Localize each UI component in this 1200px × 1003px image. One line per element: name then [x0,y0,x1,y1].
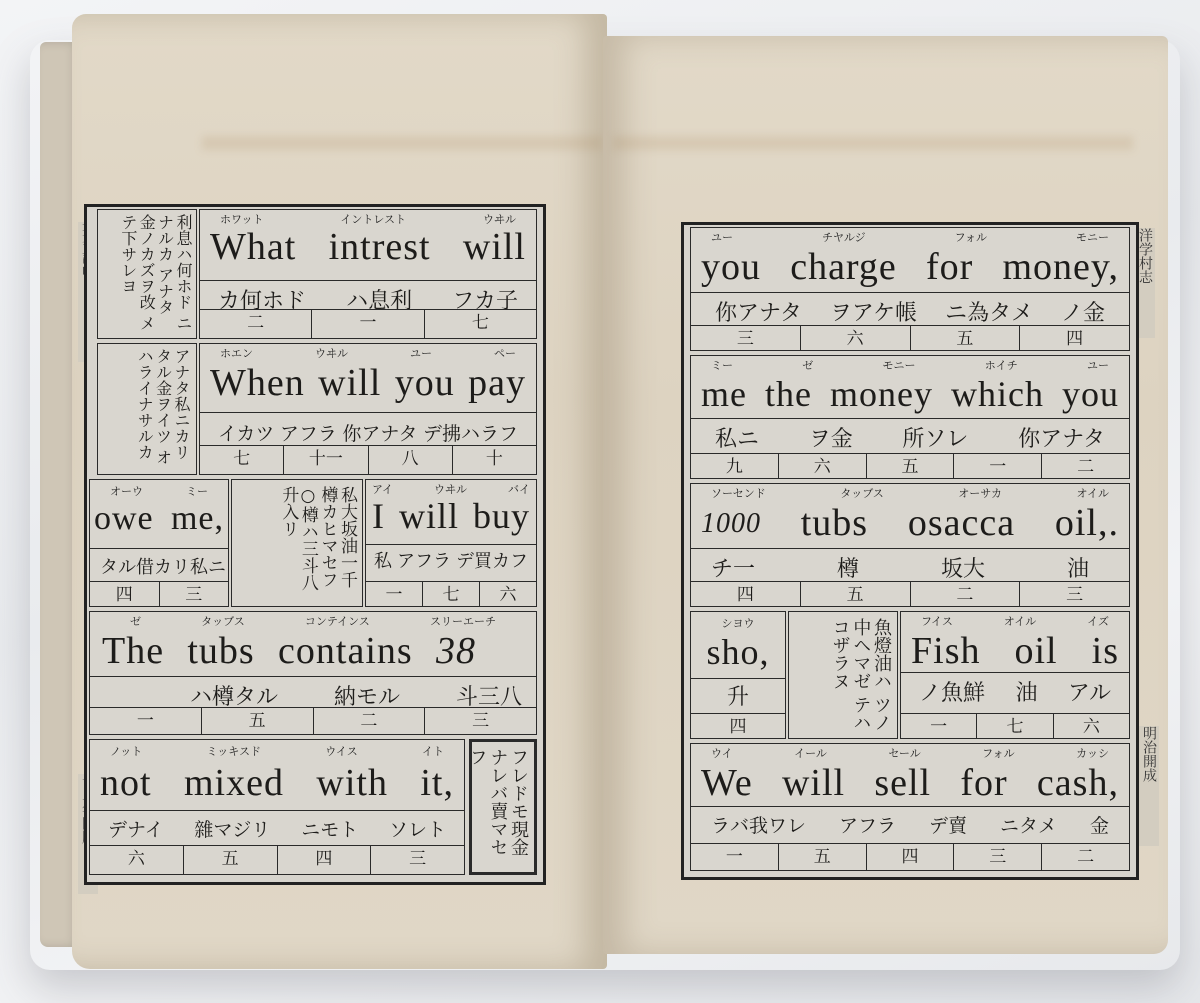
english-word: money, [1003,248,1119,286]
ruby-text: オーウ [110,486,143,497]
word-order-numbers: 一 七 六 [901,713,1129,738]
ruby-text: ゼ [802,360,813,371]
order-number: 三 [691,326,801,350]
phrase-row-5: ゼ タッブス コンテインス スリーエーチ The tubs contains 3… [89,611,537,735]
order-number: 一 [691,844,779,870]
ruby-text: ユー [410,348,432,359]
order-number: 五 [184,846,278,874]
order-number: 一 [901,714,977,738]
vertical-line: 私大坂油一千 [337,486,357,588]
english-word: mixed [184,764,284,802]
word-order-numbers: 四 [691,713,785,738]
english-word: buy [473,498,530,534]
phrase-row-4: アイ ウヰル バイ I will buy 私 アフラ デ買カフ 一 七 六 [365,479,537,607]
order-number: 四 [1020,326,1129,350]
phrase-row-2: ホエン ウヰル ユー ペー When will you pay イカツ アフラ … [199,343,537,475]
vertical-line: タル金ヲイツ [154,348,173,444]
ruby-text: タッブス [201,616,245,627]
english-word: for [926,248,973,286]
translation-cell: アナタ私ニカリ タル金ヲイツ オハライナサルカ [97,343,197,475]
japanese-word: ノ魚鮮 [919,683,985,710]
japanese-word: ヲ金 [809,429,853,456]
english-word: not [100,764,152,802]
word-order-numbers: 一 七 六 [366,581,536,606]
japanese-word: 油 [1015,683,1037,710]
english-word: We [701,764,753,802]
english-word: you [1062,376,1119,412]
ruby-text: オイル [1077,488,1109,499]
ruby-text: フォル [955,232,987,243]
vertical-line: 利息ハ何ホド [174,214,193,310]
order-number: 一 [366,582,423,606]
ruby-text: モニー [883,360,916,371]
ruby-text: イズ [1087,616,1109,627]
word-order-numbers: 二 一 七 [200,309,536,338]
order-number: 二 [314,708,426,734]
order-number: 三 [160,582,229,606]
english-word: sell [874,764,931,802]
order-number: 五 [202,708,314,734]
phrase-row-1: ホワット イントレスト ウヰル What intrest will カ何ホド ハ… [199,209,537,339]
english-word: me [701,376,747,412]
japanese-word: 私 [374,553,392,582]
english-number: 38 [436,632,476,670]
japanese-word: デナイ [108,821,164,848]
ruby-text: ユー [1087,360,1109,371]
japanese-word: 升 [727,687,749,714]
phrase-row-6: ウイ イール セール フォル カッシ We will sell for cash… [690,743,1130,871]
ruby-text: イントレスト [340,214,406,225]
word-order-numbers: 四 三 [90,581,228,606]
english-word: will [318,364,381,402]
order-number: 六 [90,846,184,874]
english-word: the [765,376,812,412]
english-word: is [1092,632,1119,670]
order-number: 五 [801,582,911,606]
ruby-text: ホワット [220,214,263,225]
english-word: it, [420,764,454,802]
water-stain [202,136,602,150]
english-word: The [102,632,164,670]
vertical-line: ナレバ賣マセフ [469,748,508,856]
ruby-text: モニー [1076,232,1109,243]
english-word: oil [1015,632,1058,670]
order-number: 二 [911,582,1021,606]
order-number: 六 [1054,714,1129,738]
order-number: 十 [453,446,536,474]
english-word: money [830,376,933,412]
japanese-word: 金 [1090,817,1109,844]
right-phrase-table: ユー チヤルジ フォル モニー you charge for money, 你ア… [681,222,1139,880]
translation-cell: 魚燈油ハ ツノ中ヘマゼ テハコザラヌ [788,611,898,739]
order-number: 一 [90,708,202,734]
word-order-numbers: 三 六 五 四 [691,325,1129,350]
english-word: owe [94,502,154,536]
english-word: for [960,764,1007,802]
japanese-word: アフラ [839,817,896,844]
ruby-text: ソーセンド [711,488,766,499]
english-word: intrest [329,228,431,266]
ruby-text: チヤルジ [822,232,866,243]
translation-cell: フレドモ現金 ナレバ賣マセフ [469,739,537,875]
ruby-text: スリーエーチ [430,616,496,627]
order-number: 五 [779,844,867,870]
vertical-line: アナタ私ニカリ [172,348,191,460]
right-margin-footer: 明治開成 [1139,726,1159,846]
ruby-text: ミッキスド [206,746,261,757]
japanese-word: ニモト [301,821,358,848]
order-number: 九 [691,454,779,478]
ruby-text: シヨウ [722,618,755,629]
word-order-numbers: 四 五 二 三 [691,581,1129,606]
order-number: 四 [691,582,801,606]
japanese-word: 私ニ [715,429,759,456]
phrase-row-2: ミー ゼ モニー ホイチ ユー me the money which you 私… [690,355,1130,479]
english-word: cash, [1037,764,1119,802]
english-word: you [395,364,455,402]
phrase-row-6: ノット ミッキスド ウイス イト not mixed with it, デナイ … [89,739,465,875]
ruby-text: ホエン [220,348,253,359]
order-number: 三 [371,846,464,874]
ruby-text: フォル [982,748,1014,759]
ruby-text: ペー [494,348,516,359]
ruby-text: タッブス [840,488,884,499]
japanese-word: ラバ我ワレ [711,817,806,844]
order-number: 四 [867,844,955,870]
order-number: 四 [90,582,160,606]
ruby-text: ミー [711,360,733,371]
english-word: What [210,228,296,266]
ruby-text: ユー [711,232,733,243]
order-number: 三 [954,844,1042,870]
japanese-word: アル [1068,683,1111,710]
english-word: I [372,498,385,534]
english-word: will [399,498,459,534]
order-number: 三 [1020,582,1129,606]
japanese-word: ソレト [389,821,446,848]
ruby-text: フイス [921,616,953,627]
english-word: will [782,764,845,802]
english-word: osacca [908,504,1015,542]
vertical-line: ○樽ハ三斗八 [298,486,318,591]
japanese-word: 你アナタ [1018,429,1105,456]
ruby-text: バイ [508,484,530,495]
ruby-text: ウイ [711,748,733,759]
order-number: 一 [312,310,424,338]
translation-cell: 利息ハ何ホド ニナルカ アナタ 金ノカズヲ改 メテ下サレヨ [97,209,197,339]
english-word: Fish [911,632,980,670]
order-number: 五 [911,326,1021,350]
english-word: charge [790,248,897,286]
ruby-text: ウヰル [315,348,348,359]
word-order-numbers: 一 五 二 三 [90,707,536,734]
translation-cell: 私大坂油一千 樽カヒマセフ ○樽ハ三斗八 升入リ [231,479,363,607]
english-number: 1000 [701,504,761,542]
vertical-line: 金ノカズヲ改 [137,214,156,310]
order-number: 二 [1042,454,1129,478]
order-number: 八 [369,446,453,474]
japanese-word: 雜マジリ [194,821,270,848]
order-number: 七 [977,714,1053,738]
ruby-text: ノット [110,746,142,757]
ruby-text: ウヰル [434,484,467,495]
order-number: 六 [801,326,911,350]
english-word: sho, [706,634,769,670]
ruby-text: ミー [186,486,208,497]
order-number: 四 [278,846,372,874]
english-word: you [701,248,761,286]
vertical-line: 魚燈油ハ [871,618,892,690]
order-number: 十一 [284,446,368,474]
ruby-text: オーサカ [958,488,1002,499]
ruby-text: ウイス [325,746,358,757]
ruby-text: コンテインス [305,616,370,627]
ruby-text: セール [888,748,920,759]
right-page: 洋学村志 明治開成 ユー チヤルジ フォル モニー you charge for… [603,36,1168,954]
water-stain [613,136,1133,150]
english-word: contains [278,632,413,670]
order-number: 四 [691,714,785,738]
ruby-text: イール [794,748,827,759]
order-number: 六 [480,582,536,606]
ruby-text: ホイチ [985,360,1018,371]
order-number: 五 [867,454,955,478]
word-order-numbers: 一 五 四 三 二 [691,843,1129,870]
phrase-row-3: オーウ ミー owe me, タル借カリ 私ニ 四 三 [89,479,229,607]
word-order-numbers: 六 五 四 三 [90,845,464,874]
phrase-row-5: フイス オイル イズ Fish oil is ノ魚鮮 油 アル 一 七 六 [900,611,1130,739]
ruby-text: カッシ [1076,748,1109,759]
order-number: 七 [423,582,480,606]
english-word: oil,. [1055,504,1119,542]
ruby-text: ウヰル [483,214,516,225]
word-order-numbers: 九 六 五 一 二 [691,453,1129,478]
english-word: When [210,364,305,402]
phrase-row-3: ソーセンド タッブス オーサカ オイル 1000 tubs osacca oil… [690,483,1130,607]
english-word: pay [468,364,526,402]
ruby-text: ゼ [130,616,141,627]
english-word: with [316,764,388,802]
japanese-word: 所ソレ [902,429,968,456]
english-word: tubs [187,632,254,670]
ruby-text: イト [422,746,444,757]
japanese-word: アフラ [397,553,451,582]
order-number: 二 [200,310,312,338]
vertical-line: 樽カヒマセフ [317,486,337,588]
word-order-numbers: 七 十一 八 十 [200,445,536,474]
ruby-text: オイル [1004,616,1036,627]
order-number: 七 [200,446,284,474]
order-number: 七 [425,310,536,338]
vertical-line: フレドモ現金 [508,748,529,856]
phrase-row-4: シヨウ sho, 升 四 [690,611,786,739]
order-number: 六 [779,454,867,478]
english-word: will [463,228,526,266]
order-number: 二 [1042,844,1129,870]
english-word: which [951,376,1044,412]
vertical-line: 升入リ [278,486,298,537]
japanese-word: デ買カフ [456,553,528,582]
left-phrase-table: 利息ハ何ホド ニナルカ アナタ 金ノカズヲ改 メテ下サレヨ ホワット イントレス… [84,204,546,885]
japanese-word: ニタメ [1000,817,1057,844]
english-word: me, [171,502,224,536]
ruby-text: アイ [372,484,393,495]
order-number: 一 [954,454,1042,478]
left-page: 英会話帖 十二年開版 利息ハ何ホド ニナルカ アナタ 金ノカズヲ改 メテ下サレヨ… [72,14,607,969]
phrase-row-1: ユー チヤルジ フォル モニー you charge for money, 你ア… [690,227,1130,351]
english-word: tubs [801,504,868,542]
japanese-word: デ賣 [929,817,967,844]
order-number: 三 [425,708,536,734]
